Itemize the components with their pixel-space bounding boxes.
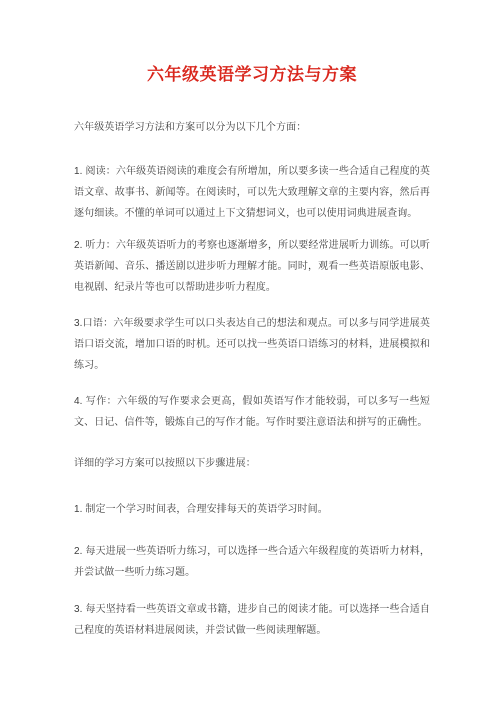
section-writing-paragraph: 4. 写作：六年级的写作要求会更高，假如英语写作才能较弱，可以多写一些短文、日记… xyxy=(74,391,430,433)
section-listening-paragraph: 2. 听力：六年级英语听力的考察也逐渐增多，所以要经常进展听力训练。可以听英语新… xyxy=(74,235,430,298)
section-reading-paragraph: 1. 阅读：六年级英语阅读的难度会有所增加，所以要多读一些合适自己程度的英语文章… xyxy=(74,161,430,224)
document-body: 六年级英语学习方法与方案 六年级英语学习方法和方案可以分为以下几个方面： 1. … xyxy=(0,0,500,641)
step-item-3: 3. 每天坚持看一些英语文章或书籍，进步自己的阅读才能。可以选择一些合适自己程度… xyxy=(74,599,430,641)
section-speaking-paragraph: 3.口语：六年级要求学生可以口头表达自己的想法和观点。可以多与同学进展英语口语交… xyxy=(74,313,430,376)
document-title: 六年级英语学习方法与方案 xyxy=(74,62,430,88)
intro-paragraph: 六年级英语学习方法和方案可以分为以下几个方面： xyxy=(74,117,430,138)
step-item-1: 1. 制定一个学习时间表，合理安排每天的英语学习时间。 xyxy=(74,499,430,520)
document-page: 六年级英语学习方法与方案 六年级英语学习方法和方案可以分为以下几个方面： 1. … xyxy=(0,0,500,707)
plan-intro-paragraph: 详细的学习方案可以按照以下步骤进展： xyxy=(74,453,430,474)
step-item-2: 2. 每天进展一些英语听力练习，可以选择一些合适六年级程度的英语听力材料，并尝试… xyxy=(74,541,430,583)
